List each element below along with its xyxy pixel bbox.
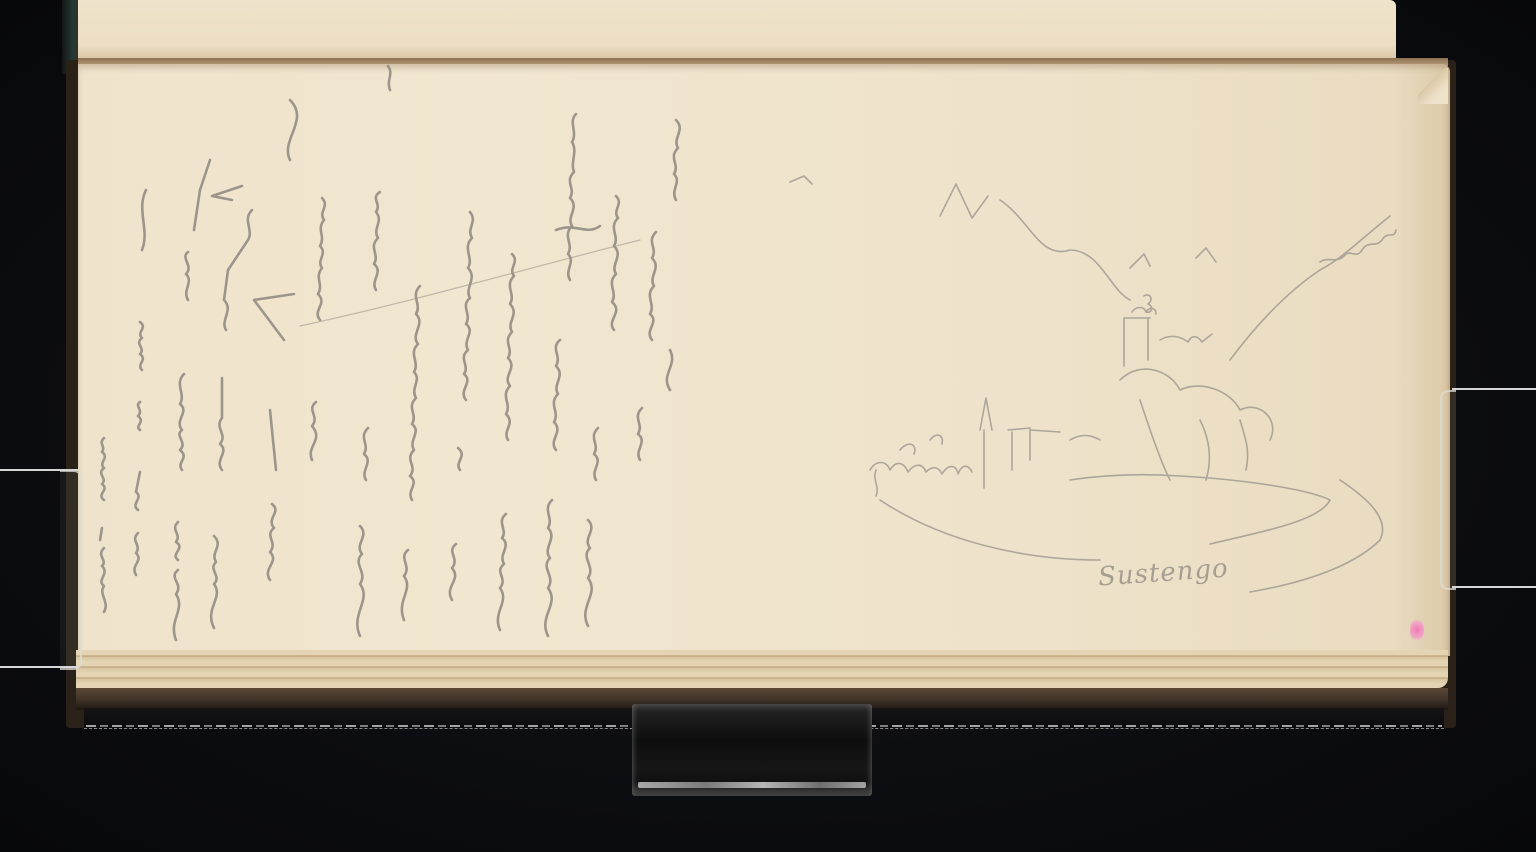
facing-page-top	[78, 0, 1396, 63]
mount-wire	[0, 666, 78, 668]
sketchbook-page	[78, 64, 1450, 656]
mount-wire	[0, 469, 78, 471]
photo-stage: Sustengo handwritten pencil notes (rotat…	[0, 0, 1536, 852]
mount-wire	[1452, 388, 1536, 390]
torn-page-corner	[1418, 68, 1448, 104]
mount-clip-right	[1440, 390, 1456, 590]
handwriting-description: handwritten pencil notes (rotated, cursi…	[0, 0, 1, 1]
leather-clasp	[632, 704, 872, 796]
page-edges	[76, 650, 1448, 688]
sketch-description: pencil landscape sketch: mountains, cast…	[0, 0, 1, 1]
mount-wire	[1452, 586, 1536, 588]
pink-ink-mark	[1410, 618, 1424, 642]
mount-clip-left	[60, 470, 82, 670]
